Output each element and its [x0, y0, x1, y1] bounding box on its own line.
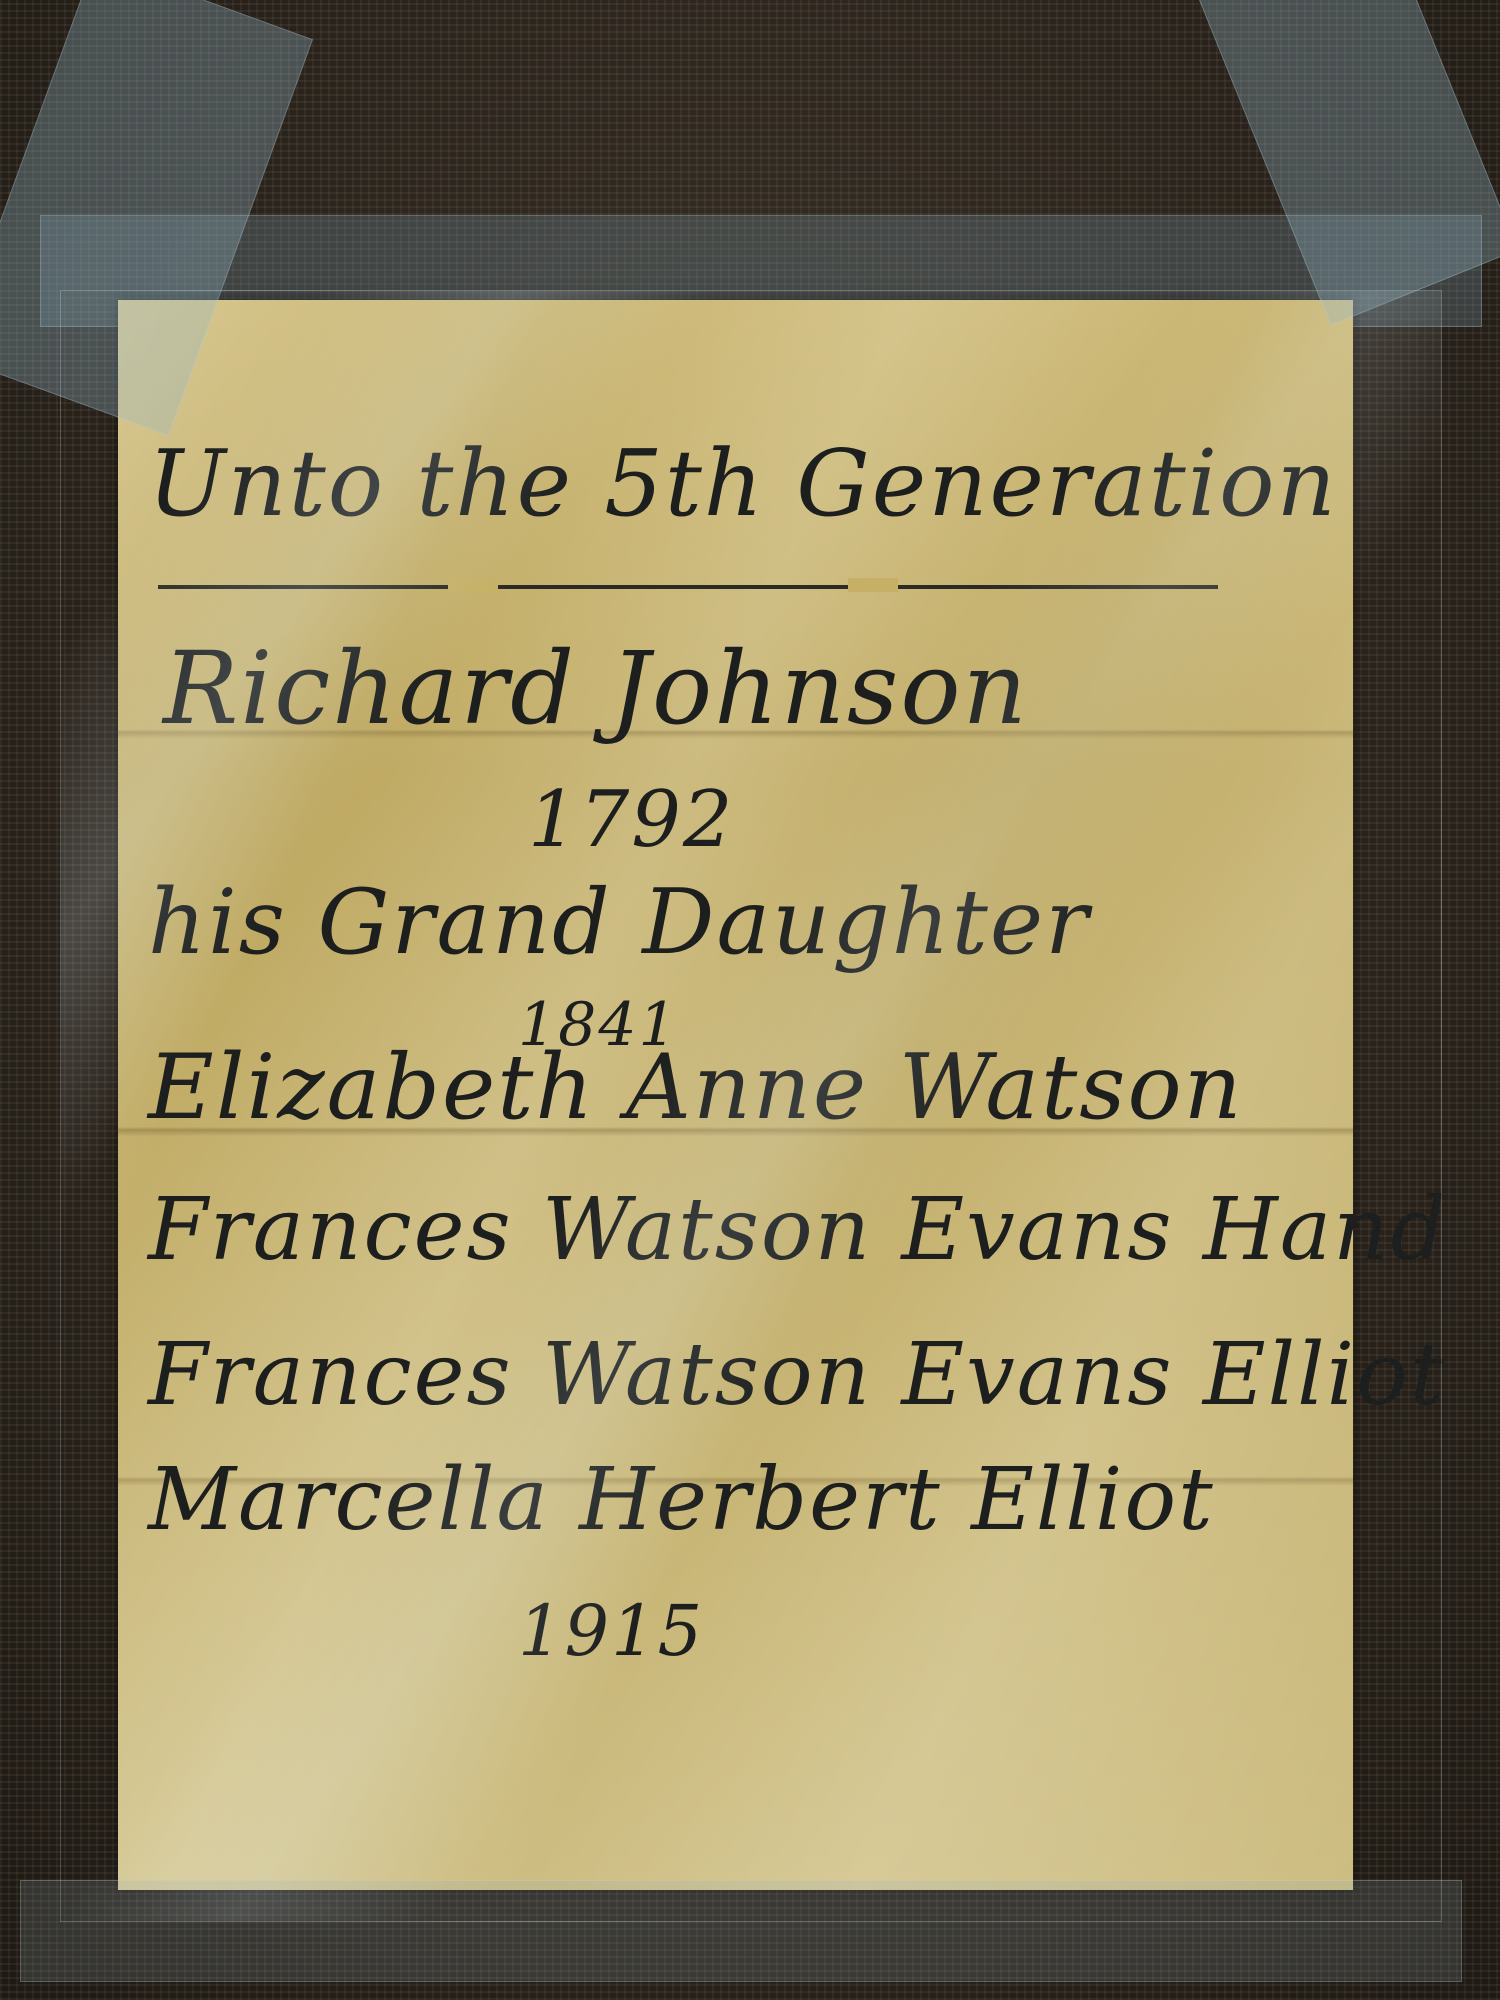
underline-gap: [448, 578, 498, 592]
entry-year: 1792: [528, 775, 735, 865]
entry-relation: his Grand Daughter: [148, 870, 1090, 975]
tape-strip-bottom: [20, 1880, 1462, 1982]
note-text: Unto the 5th Generation Richard Johnson …: [118, 300, 1353, 1890]
entry-year: 1915: [518, 1590, 704, 1672]
entry-name: Marcella Herbert Elliot: [148, 1450, 1215, 1550]
entry-name: Frances Watson Evans Hand: [148, 1180, 1448, 1280]
underline-gap: [848, 578, 898, 592]
entry-name: Elizabeth Anne Watson: [148, 1035, 1244, 1140]
heading-underline: [158, 585, 1218, 589]
framed-note-scene: Unto the 5th Generation Richard Johnson …: [0, 0, 1500, 2000]
entry-name: Frances Watson Evans Elliot: [148, 1325, 1446, 1425]
entry-name: Richard Johnson: [163, 630, 1029, 747]
note-heading: Unto the 5th Generation: [148, 430, 1338, 537]
